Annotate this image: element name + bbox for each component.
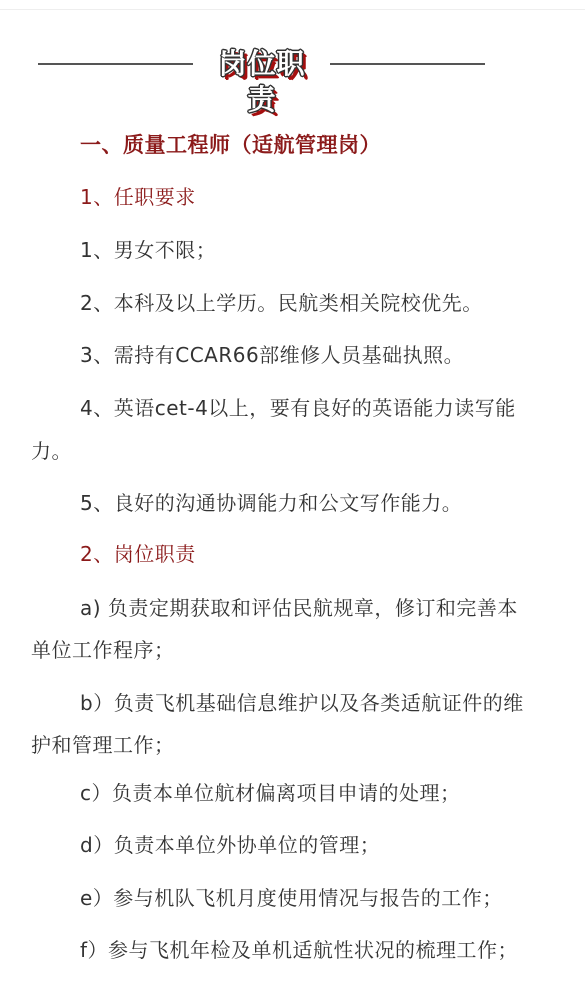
- requirement-item: 3、需持有CCAR66部维修人员基础执照。: [80, 342, 464, 368]
- title-rule-left: [38, 63, 193, 65]
- duty-item: b）负责飞机基础信息维护以及各类适航证件的维: [80, 690, 524, 716]
- duty-item: f）参与飞机年检及单机适航性状况的梳理工作；: [80, 937, 518, 963]
- title-rule-right: [330, 63, 485, 65]
- position-heading: 一、质量工程师（适航管理岗）: [80, 132, 381, 158]
- duty-item: e）参与机队飞机月度使用情况与报告的工作；: [80, 885, 503, 911]
- requirement-item: 4、英语cet-4以上，要有良好的英语能力读写能: [80, 395, 516, 421]
- requirement-item: 2、本科及以上学历。民航类相关院校优先。: [80, 290, 483, 316]
- requirement-item: 5、良好的沟通协调能力和公文写作能力。: [80, 490, 462, 516]
- section-title: 岗位职责: [206, 46, 318, 118]
- top-divider: [0, 9, 585, 10]
- duty-item: d）负责本单位外协单位的管理；: [80, 832, 380, 858]
- duty-item: a) 负责定期获取和评估民航规章，修订和完善本: [80, 595, 518, 621]
- duty-item-continued: 单位工作程序；: [31, 637, 175, 663]
- duties-heading: 2、岗位职责: [80, 541, 196, 567]
- duty-item: c）负责本单位航材偏离项目申请的处理；: [80, 780, 461, 806]
- duty-item-continued: 护和管理工作；: [31, 732, 175, 758]
- section-title-banner: 岗位职责: [0, 44, 585, 84]
- requirement-item-continued: 力。: [31, 438, 72, 464]
- requirements-heading: 1、任职要求: [80, 184, 196, 210]
- requirement-item: 1、男女不限；: [80, 237, 216, 263]
